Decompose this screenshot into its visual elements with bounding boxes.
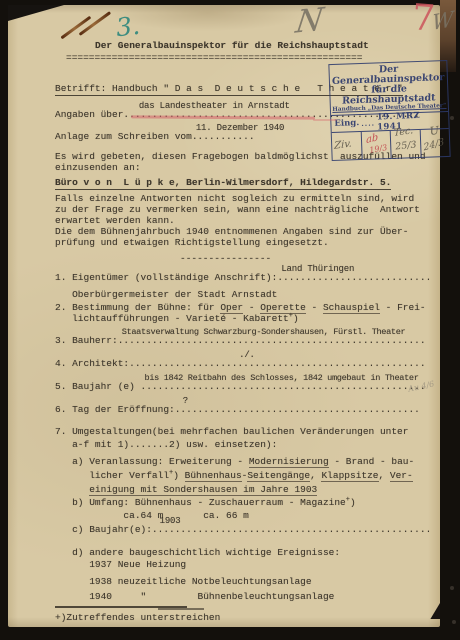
routing-cell: Tec.25/3	[391, 130, 421, 158]
field-q7a-line2: licher Verfall+) Bühnenhaus-Seitengänge,…	[55, 470, 413, 481]
field-anlage-answer: 11. Dezember 1940	[196, 123, 284, 134]
comma: ,	[379, 470, 390, 481]
separator-dashes: ----------------	[180, 253, 271, 264]
field-q7a-suffix: - Brand - bau-	[329, 456, 415, 467]
paragraph-text: einzusenden an:	[55, 162, 141, 173]
punch-hole	[450, 116, 454, 120]
paragraph-line: Die dem Bühnenjahrbuch 1940 entnommenen …	[55, 226, 408, 237]
footnote-text: +)Zutreffendes unterstreichen	[55, 612, 220, 623]
paragraph-text: erwartet werden kann.	[55, 215, 175, 226]
handwritten-date: 25/3	[395, 139, 417, 152]
dotted-leader: ........................................…	[175, 404, 420, 415]
field-q1-line2: Oberbürgermeister der Stadt Arnstadt	[55, 289, 277, 300]
field-q7a-line1: a) Veranlassung: Erweiterung - Modernisi…	[55, 456, 414, 467]
field-q7d-text: 1940 " Bühnenbeleuchtungsanlage	[55, 591, 334, 602]
field-q2-label: 2. Bestimmung der Bühne: für	[55, 302, 220, 313]
field-q2-line2: lichtaufführungen - Varieté - Kabarett+)	[55, 313, 299, 324]
field-anlage: Anlage zum Schreiben vom11. Dezember 194…	[55, 131, 255, 142]
document-paper: Der Generalbauinspektor für die Reichsha…	[8, 5, 440, 627]
footnote: +)Zutreffendes unterstreichen	[55, 612, 220, 623]
punch-hole	[452, 620, 456, 624]
footnote-rule-segment	[158, 608, 204, 610]
handwritten-initial: Ziv.	[334, 138, 352, 152]
field-q6-label: 6. Tag der Eröffnung:	[55, 404, 175, 415]
field-q5: 5. Baujahr (e) bis 1842 Reitbahn des Sch…	[55, 381, 426, 392]
comma: ,	[310, 470, 321, 481]
paragraph-line: erwartet werden kann.	[55, 215, 175, 226]
field-q4-answer: ./.	[239, 350, 255, 361]
answer-klappsitze: Klappsitze	[321, 470, 378, 482]
field-anlage-fill: 11. Dezember 1940...........	[192, 131, 255, 142]
answer-ver: Ver-	[390, 470, 413, 482]
document-title: Der Generalbauinspektor für die Reichsha…	[95, 40, 369, 51]
field-q7d-text: 1938 neuzeitliche Notbeleuchtungsanlage	[55, 576, 312, 587]
option-modernisierung: Modernisierung	[249, 456, 329, 468]
field-q7a-line3: einigung mit Sondershausen im Jahre 1903	[55, 484, 317, 495]
field-q4: 4. Architekt:./.........................…	[55, 358, 426, 369]
address-line: Büro v o n L ü p k e, Berlin-Wilmersdorf…	[55, 177, 391, 188]
field-q7b-text: b) Umfang: Bühnenhaus - Zuschauerraum - …	[55, 497, 346, 508]
indent	[55, 484, 89, 495]
answer-seitengaenge: Seitengänge	[247, 470, 310, 482]
separator-text: ----------------	[180, 253, 271, 264]
red-pencil-underline-tail	[313, 119, 337, 121]
measurement-text: ca.64 m ca. 66 m	[55, 510, 249, 521]
field-q3-fill: Staatsverwaltung Schwarzburg-Sondershaus…	[118, 335, 426, 346]
field-q7d-text: d) andere baugeschichtlich wichtige Erei…	[55, 547, 340, 558]
field-q7c: c) Baujahr(e):.1903.....................…	[55, 524, 431, 535]
field-q7-text: 7. Umgestaltungen(bei mehrfachen baulich…	[55, 426, 408, 437]
handwritten-pencil-w: W	[432, 7, 454, 35]
stamp-title-line2: für die Reichshauptstadt	[330, 83, 448, 107]
field-q6-fill: ?.......................................…	[175, 404, 420, 415]
field-q7d-line1: d) andere baugeschichtlich wichtige Erei…	[55, 547, 340, 558]
answer-buehnenhaus: Bühnenhaus	[185, 470, 242, 482]
scanned-document-photo: Der Generalbauinspektor für die Reichsha…	[0, 0, 460, 640]
field-q1-label: 1. Eigentümer (vollständige Anschrift):	[55, 272, 277, 283]
document-title-text: Der Generalbauinspektor für die Reichsha…	[95, 40, 369, 51]
field-q7d-line3: 1938 neuzeitliche Notbeleuchtungsanlage	[55, 576, 312, 587]
field-q1-answer: Land Thüringen	[281, 264, 354, 275]
field-q1-answer2: Oberbürgermeister der Stadt Arnstadt	[55, 289, 277, 300]
field-q5-answer: bis 1842 Reitbahn des Schlosses, 1842 um…	[145, 373, 419, 384]
field-q3-label: 3. Bauherr:	[55, 335, 118, 346]
field-q6: 6. Tag der Eröffnung:?..................…	[55, 404, 420, 415]
paragraph-text: prüfung und etwaigen Richtigstellung ein…	[55, 237, 329, 248]
handwritten-date: 24/3	[423, 136, 445, 153]
field-q4-fill: ./......................................…	[129, 358, 425, 369]
field-q7-text: a-f mit 1).......2) usw. einsetzen):	[55, 439, 277, 450]
field-q7a-label: a) Veranlassung: Erweiterung -	[55, 456, 249, 467]
paragraph-line: einzusenden an:	[55, 162, 141, 173]
field-angaben-answer: das Landestheater in Arnstadt	[139, 101, 290, 112]
field-q2-suffix: - Frei-	[380, 302, 426, 313]
dotted-leader: ........................................…	[129, 358, 425, 369]
field-q7d-line2: 1937 Neue Heizung	[55, 559, 186, 570]
field-q7d-line4: 1940 " Bühnenbeleuchtungsanlage	[55, 591, 334, 602]
title-rule-text: ========================================…	[66, 52, 362, 63]
field-q7c-fill: 1903....................................…	[158, 524, 432, 535]
routing-cell: Ziv.	[332, 132, 362, 160]
field-q3-answer: Staatsverwaltung Schwarzburg-Sondershaus…	[122, 327, 406, 338]
field-q2-close: )	[293, 313, 299, 324]
paragraph-line: zu der Frage zu vermerken sein, wann ein…	[55, 204, 420, 215]
title-double-rule: ========================================…	[66, 52, 362, 63]
handwritten-date: 19/3	[368, 143, 387, 155]
field-q1-fill: Land Thüringen..........................…	[277, 272, 431, 283]
option-separator: -	[306, 302, 323, 313]
receipt-stamp: Der Generalbauinspektor für die Reichsha…	[328, 60, 450, 161]
field-q7-line1: 7. Umgestaltungen(bei mehrfachen baulich…	[55, 426, 408, 437]
handwritten-initial: Tec.	[394, 125, 413, 139]
field-q5-fill: bis 1842 Reitbahn des Schlosses, 1842 um…	[141, 381, 426, 392]
paragraph-line: prüfung und etwaigen Richtigstellung ein…	[55, 237, 329, 248]
field-q7a-cont: licher Verfall	[55, 470, 169, 481]
field-q6-answer: ?	[183, 396, 188, 407]
field-q2-cont: lichtaufführungen - Varieté - Kabarett	[55, 313, 289, 324]
dotted-leader: ........................................…	[158, 524, 432, 535]
field-q2: 2. Bestimmung der Bühne: für Oper - Oper…	[55, 302, 426, 313]
handwritten-green-number: 3.	[115, 11, 142, 42]
stamp-eingang-label: Eing.	[334, 118, 359, 129]
field-q7a-mid: )	[173, 470, 184, 481]
field-q7b-close: )	[350, 497, 356, 508]
paragraph-text: Falls einzelne Antworten nicht sogleich …	[55, 193, 414, 204]
field-angaben-label: Angaben über..	[55, 109, 135, 120]
field-q7b-measurements: ca.64 m ca. 66 m	[55, 510, 249, 521]
stamp-dots: ....	[361, 118, 375, 127]
paragraph-text: zu der Frage zu vermerken sein, wann ein…	[55, 204, 420, 215]
torn-corner-top-left	[8, 5, 64, 21]
field-q7-line2: a-f mit 1).......2) usw. einsetzen):	[55, 439, 277, 450]
field-q7b-line1: b) Umfang: Bühnenhaus - Zuschauerraum - …	[55, 497, 356, 508]
stamp-header: Der Generalbauinspektor für die Reichsha…	[329, 61, 448, 116]
field-q7d-text: 1937 Neue Heizung	[55, 559, 186, 570]
torn-corner-bottom-right	[428, 603, 440, 619]
option-separator: -	[243, 302, 260, 313]
address-text: Büro v o n L ü p k e, Berlin-Wilmersdorf…	[55, 177, 391, 190]
stamp-routing-cells: Ziv. ab19/3 Tec.25/3 U24/3	[332, 129, 450, 160]
field-anlage-label: Anlage zum Schreiben vom	[55, 131, 192, 142]
handwritten-pencil-n: N	[293, 1, 325, 41]
field-q7c-label: c) Baujahr(e):.	[55, 524, 158, 535]
paragraph-line: Falls einzelne Antworten nicht sogleich …	[55, 193, 414, 204]
routing-cell: ab19/3	[361, 131, 391, 159]
punch-hole	[450, 586, 454, 590]
field-q1: 1. Eigentümer (vollständige Anschrift):L…	[55, 272, 431, 283]
field-q3: 3. Bauherr:Staatsverwaltung Schwarzburg-…	[55, 335, 426, 346]
handwritten-initial: U	[428, 124, 439, 138]
field-q7c-answer: 1903	[160, 516, 181, 527]
answer-vereinigung: einigung mit Sondershausen im Jahre 1903	[89, 484, 317, 496]
routing-cell: U24/3	[420, 129, 449, 157]
paragraph-text: Die dem Bühnenjahrbuch 1940 entnommenen …	[55, 226, 408, 237]
field-q4-label: 4. Architekt:	[55, 358, 129, 369]
option-schauspiel: Schauspiel	[323, 302, 380, 314]
field-q5-label: 5. Baujahr (e)	[55, 381, 141, 392]
